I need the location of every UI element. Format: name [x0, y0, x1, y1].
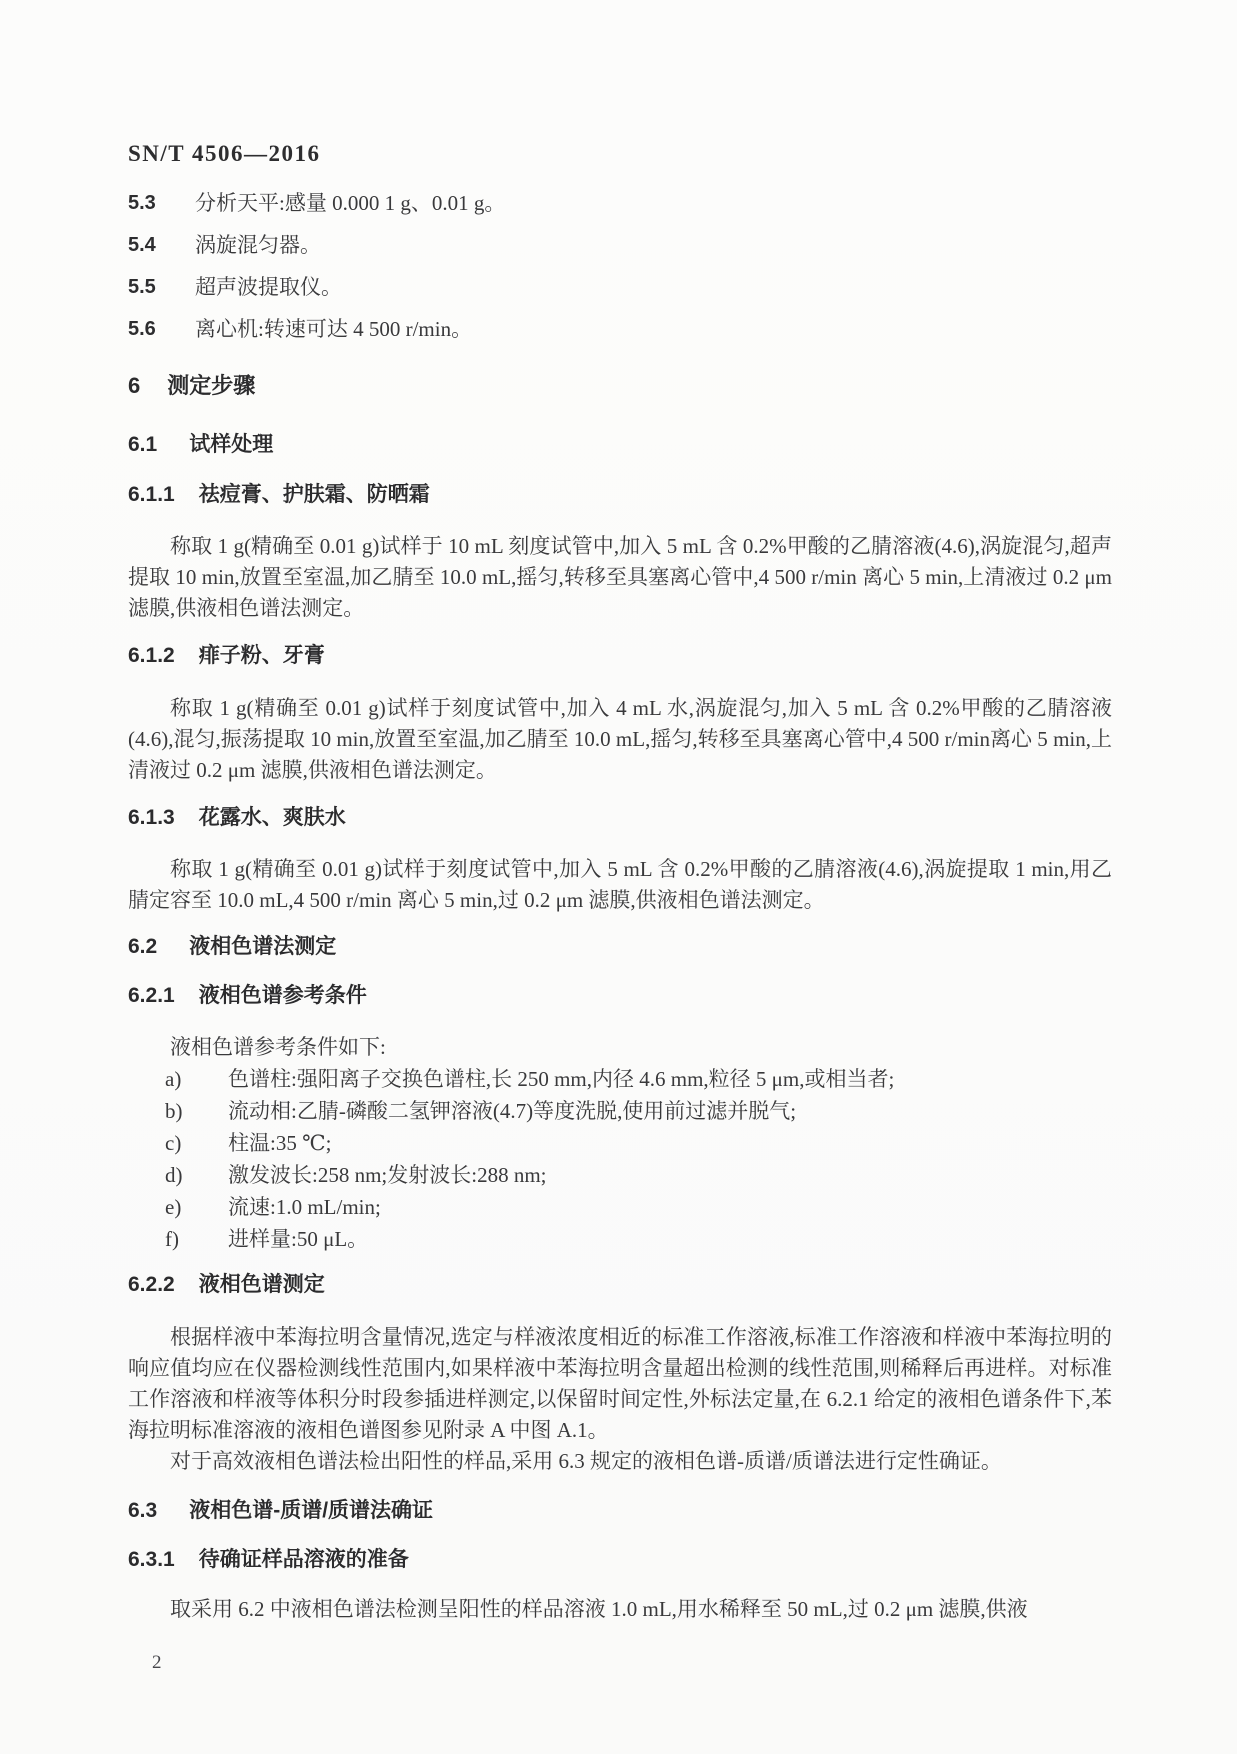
section-title: 液相色谱-质谱/质谱法确证 [189, 1498, 433, 1524]
section-number: 6.3.1 [128, 1547, 175, 1573]
section-title: 花露水、爽肤水 [199, 805, 346, 831]
conditions-intro-line: 液相色谱参考条件如下: [128, 1032, 1112, 1063]
standard-code-header: SN/T 4506—2016 [128, 141, 1112, 167]
condition-item-b: b) 流动相:乙腈-磷酸二氢钾溶液(4.7)等度洗脱,使用前过滤并脱气; [165, 1095, 1112, 1127]
clause-5-4: 5.4 涡旋混匀器。 [128, 232, 1112, 258]
clause-5-3: 5.3 分析天平:感量 0.000 1 g、0.01 g。 [128, 190, 1112, 216]
item-letter: d) [165, 1159, 228, 1191]
clause-text: 超声波提取仪。 [195, 274, 1112, 300]
paragraph-6-2-2-confirmation: 对于高效液相色谱法检出阳性的样品,采用 6.3 规定的液相色谱-质谱/质谱法进行… [128, 1446, 1112, 1477]
page-number: 2 [152, 1651, 1112, 1675]
paragraph-6-1-2: 称取 1 g(精确至 0.01 g)试样于刻度试管中,加入 4 mL 水,涡旋混… [128, 693, 1112, 786]
section-number: 6.2.1 [128, 983, 175, 1009]
item-text: 激发波长:258 nm;发射波长:288 nm; [228, 1159, 1112, 1191]
section-heading-6-1: 6.1 试样处理 [128, 432, 1112, 458]
section-title: 液相色谱参考条件 [199, 983, 367, 1009]
section-title: 待确证样品溶液的准备 [199, 1547, 409, 1573]
clause-5-6: 5.6 离心机:转速可达 4 500 r/min。 [128, 316, 1112, 342]
document-page: SN/T 4506—2016 5.3 分析天平:感量 0.000 1 g、0.0… [0, 0, 1237, 1754]
section-title: 痱子粉、牙膏 [199, 643, 325, 669]
section-heading-6-1-1: 6.1.1 祛痘膏、护肤霜、防晒霜 [128, 482, 1112, 508]
section-heading-6-2-1: 6.2.1 液相色谱参考条件 [128, 983, 1112, 1009]
condition-item-f: f) 进样量:50 μL。 [165, 1223, 1112, 1255]
section-title: 液相色谱法测定 [189, 934, 336, 960]
condition-item-e: e) 流速:1.0 mL/min; [165, 1191, 1112, 1223]
item-text: 流速:1.0 mL/min; [228, 1191, 1112, 1223]
item-letter: f) [165, 1223, 228, 1255]
paragraph-6-3-1: 取采用 6.2 中液相色谱法检测呈阳性的样品溶液 1.0 mL,用水稀释至 50… [128, 1594, 1112, 1625]
section-heading-6-3: 6.3 液相色谱-质谱/质谱法确证 [128, 1498, 1112, 1524]
section-heading-6-2-2: 6.2.2 液相色谱测定 [128, 1272, 1112, 1298]
section-title: 祛痘膏、护肤霜、防晒霜 [199, 482, 430, 508]
item-text: 柱温:35 ℃; [228, 1127, 1112, 1159]
item-text: 流动相:乙腈-磷酸二氢钾溶液(4.7)等度洗脱,使用前过滤并脱气; [228, 1095, 1112, 1127]
condition-item-c: c) 柱温:35 ℃; [165, 1127, 1112, 1159]
item-text: 色谱柱:强阳离子交换色谱柱,长 250 mm,内径 4.6 mm,粒径 5 μm… [228, 1063, 1112, 1095]
paragraph-6-1-1: 称取 1 g(精确至 0.01 g)试样于 10 mL 刻度试管中,加入 5 m… [128, 531, 1112, 624]
section-number: 6.3 [128, 1498, 157, 1524]
section-number: 6.1.2 [128, 643, 175, 669]
item-letter: e) [165, 1191, 228, 1223]
item-letter: b) [165, 1095, 228, 1127]
section-number: 6.1 [128, 432, 157, 458]
section-title: 测定步骤 [167, 372, 255, 400]
section-number: 6.2.2 [128, 1272, 175, 1298]
item-text: 进样量:50 μL。 [228, 1223, 1112, 1255]
section-heading-6-1-3: 6.1.3 花露水、爽肤水 [128, 805, 1112, 831]
clause-5-5: 5.5 超声波提取仪。 [128, 274, 1112, 300]
section-heading-6-3-1: 6.3.1 待确证样品溶液的准备 [128, 1547, 1112, 1573]
section-number: 6.1.3 [128, 805, 175, 831]
section-heading-6: 6 测定步骤 [128, 372, 1112, 400]
section-title: 液相色谱测定 [199, 1272, 325, 1298]
clause-text: 离心机:转速可达 4 500 r/min。 [195, 316, 1112, 342]
section-number: 6.1.1 [128, 482, 175, 508]
item-letter: c) [165, 1127, 228, 1159]
section-number: 6 [128, 372, 140, 400]
section-heading-6-2: 6.2 液相色谱法测定 [128, 934, 1112, 960]
paragraph-6-1-3: 称取 1 g(精确至 0.01 g)试样于刻度试管中,加入 5 mL 含 0.2… [128, 854, 1112, 916]
clause-number: 5.5 [128, 274, 195, 300]
paragraph-6-2-2: 根据样液中苯海拉明含量情况,选定与样液浓度相近的标准工作溶液,标准工作溶液和样液… [128, 1322, 1112, 1446]
section-title: 试样处理 [189, 432, 273, 458]
clause-number: 5.3 [128, 190, 195, 216]
clause-number: 5.4 [128, 232, 195, 258]
clause-number: 5.6 [128, 316, 195, 342]
section-heading-6-1-2: 6.1.2 痱子粉、牙膏 [128, 643, 1112, 669]
condition-item-d: d) 激发波长:258 nm;发射波长:288 nm; [165, 1159, 1112, 1191]
condition-item-a: a) 色谱柱:强阳离子交换色谱柱,长 250 mm,内径 4.6 mm,粒径 5… [165, 1063, 1112, 1095]
item-letter: a) [165, 1063, 228, 1095]
clause-text: 涡旋混匀器。 [195, 232, 1112, 258]
clause-text: 分析天平:感量 0.000 1 g、0.01 g。 [195, 190, 1112, 216]
section-number: 6.2 [128, 934, 157, 960]
